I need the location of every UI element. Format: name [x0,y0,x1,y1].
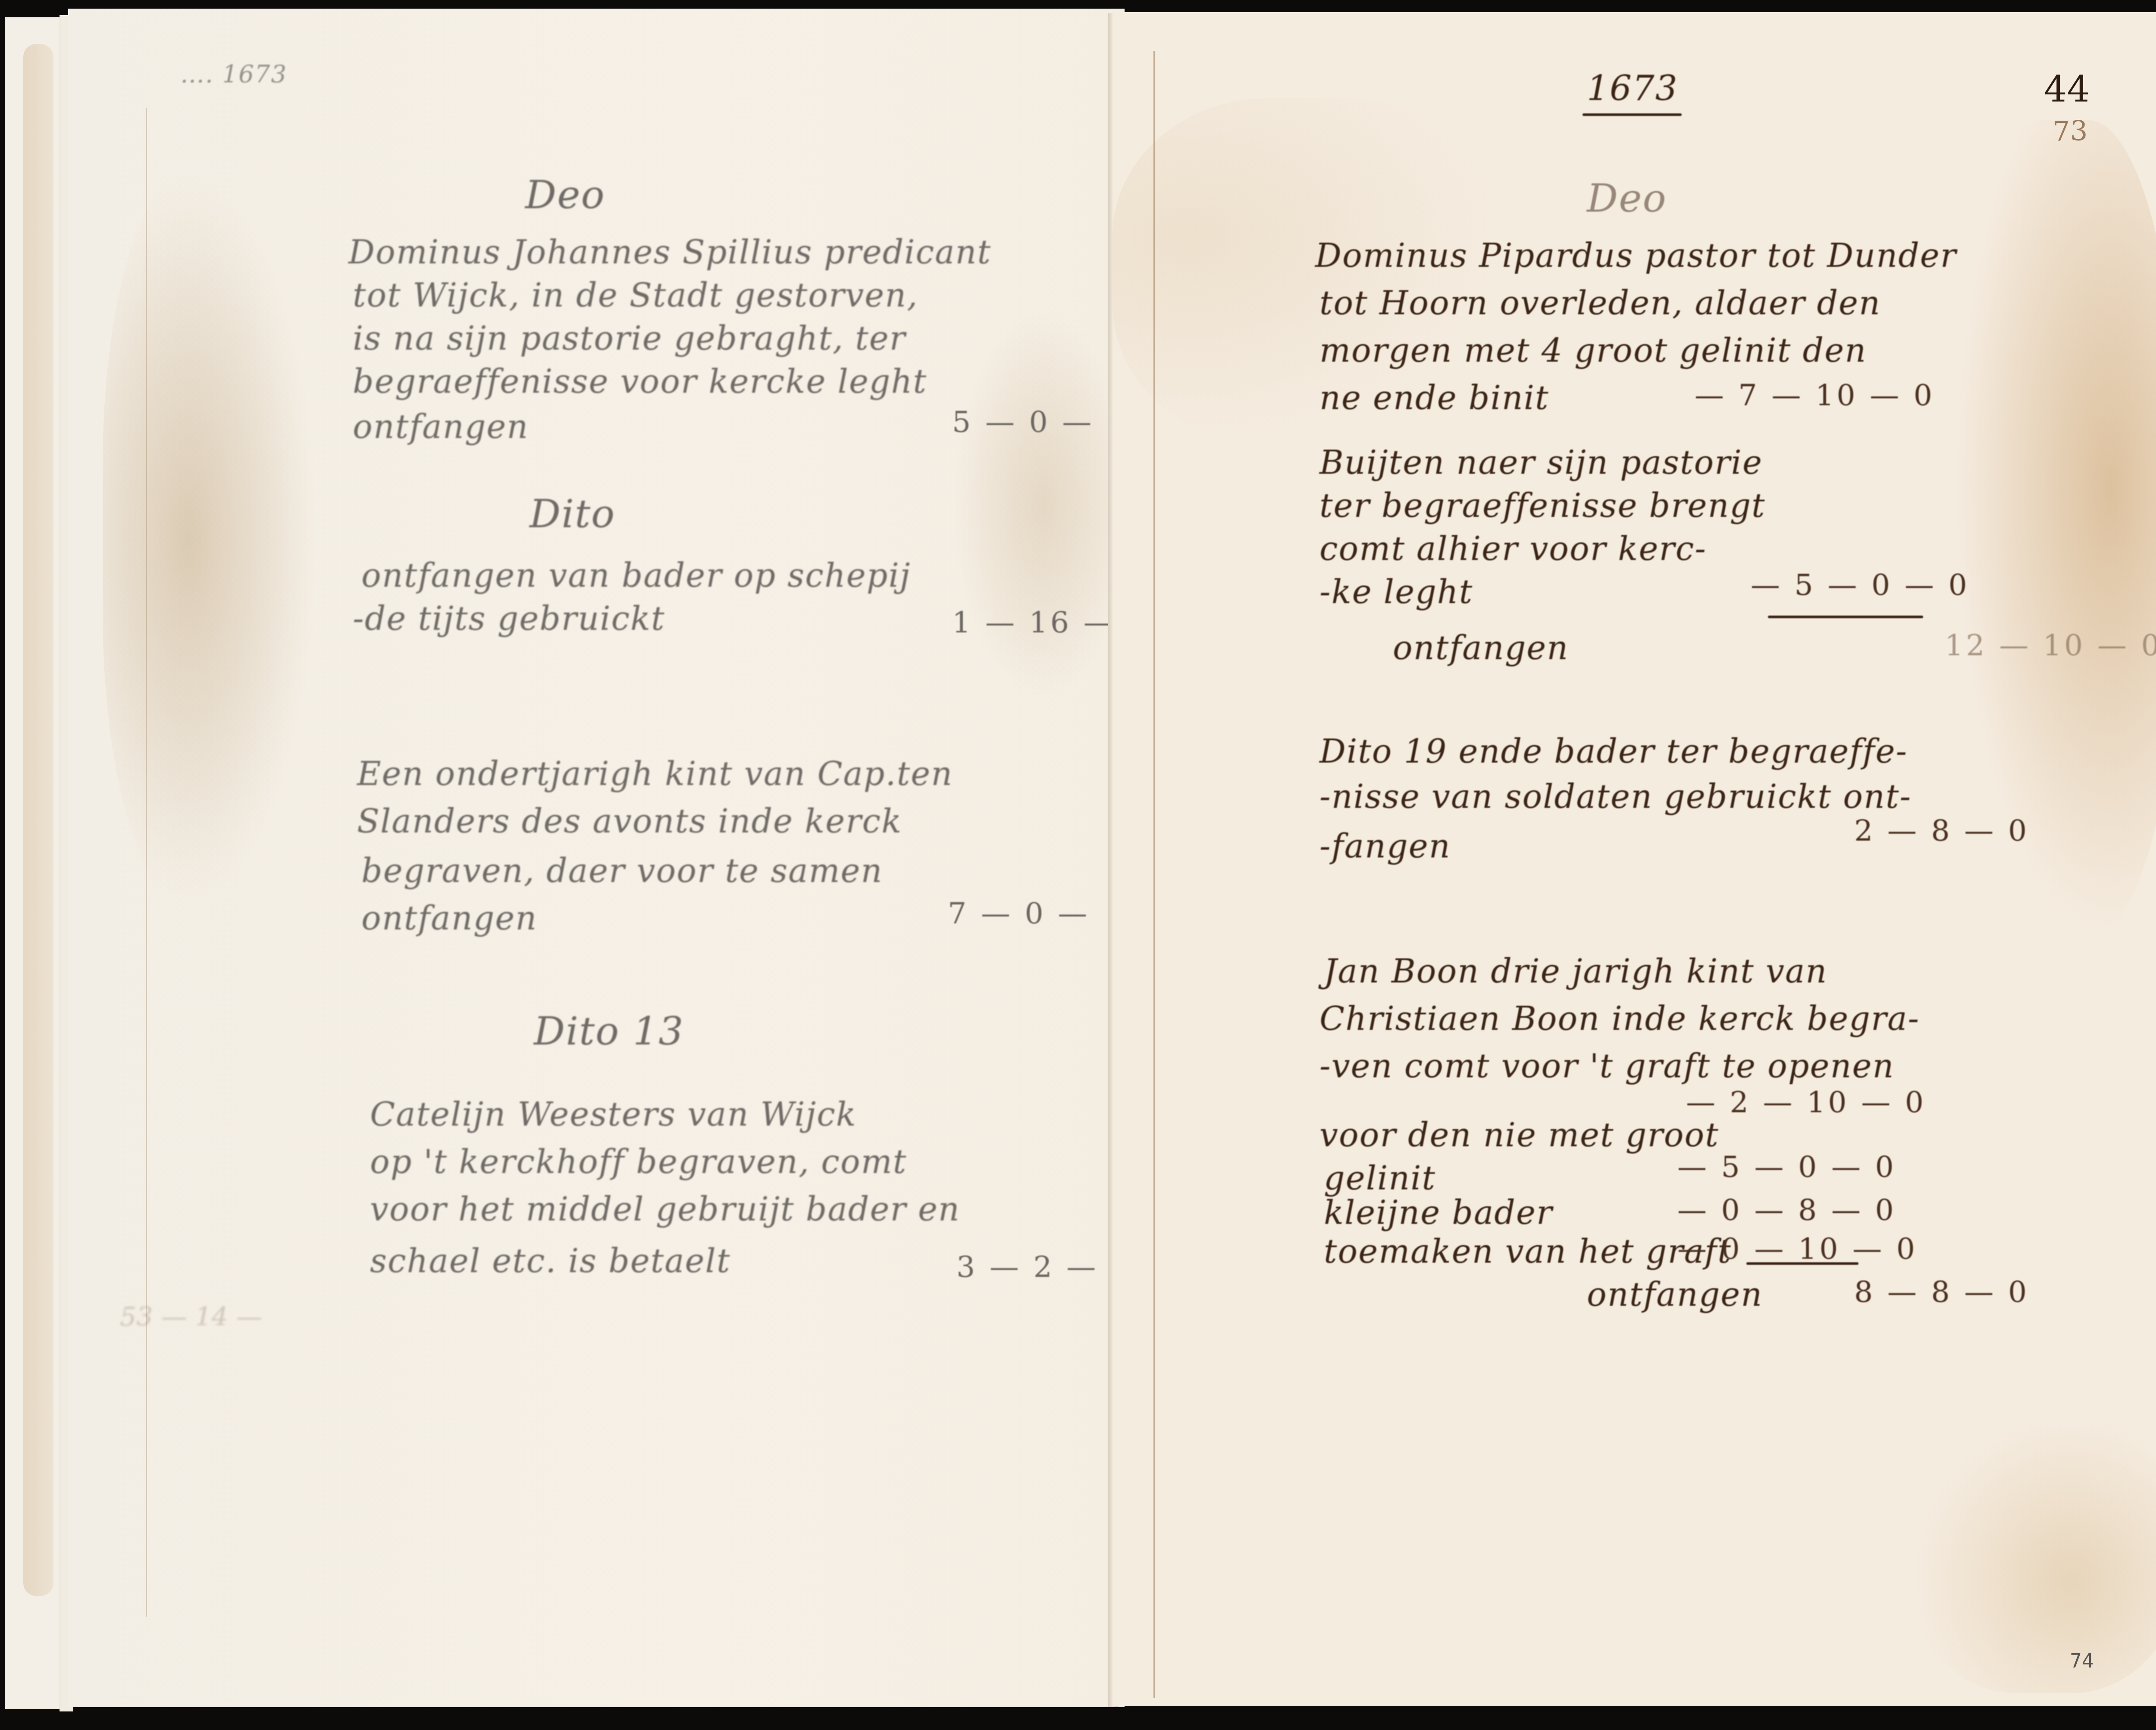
left-page: …. 1673 Deo Dominus Johannes Spillius pr… [68,9,1125,1707]
header-faint: …. 1673 [180,60,287,88]
water-stain [952,310,1133,698]
total: 2 — 8 — 0 [1854,814,2029,848]
section-heading: Deo [1587,176,1667,221]
amount: — 0 — 8 — 0 [1677,1193,1896,1227]
amount: — 2 — 10 — 0 [1686,1086,1926,1120]
amount: 1 — 16 — [952,606,1116,640]
amount: — 7 — 10 — 0 [1695,379,1935,413]
water-stain [103,172,318,905]
total: 8 — 8 — 0 [1854,1275,2029,1309]
sum-line [1768,616,1923,618]
section-heading: Deo [525,172,605,218]
amount: — 5 — 0 — 0 [1677,1150,1896,1184]
amount: 5 — 0 — [952,405,1094,439]
amount: 7 — 0 — [948,897,1090,931]
pencil-mark: 74 [2070,1650,2094,1672]
bleed-through-total: 53 — 14 — [120,1302,262,1332]
margin-rule [1153,51,1155,1698]
sum-line [1746,1262,1858,1265]
folio-number: 44 [2044,68,2090,110]
old-folio-number: 73 [2053,116,2087,147]
margin-rule [146,108,147,1617]
received-label: ontfangen [1587,1275,1763,1314]
year-underline [1583,113,1682,116]
amount: — 0 — 10 — 0 [1677,1232,1918,1266]
amount: 3 — 2 — [956,1250,1098,1284]
received-label: ontfangen [1393,629,1569,667]
water-stain [1910,1413,2156,1693]
total: 12 — 10 — 0 [1945,629,2156,663]
right-page: 1673 44 73 Deo Dominus Pipardus pastor t… [1112,12,2156,1706]
open-book: …. 1673 Deo Dominus Johannes Spillius pr… [0,0,2156,1730]
amount: — 5 — 0 — 0 [1751,568,1970,602]
year-heading: 1673 [1587,68,1678,108]
